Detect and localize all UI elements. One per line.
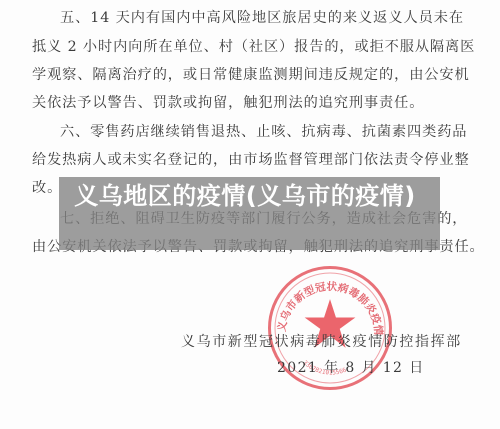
issuer-signature: 义乌市新型冠状病毒肺炎疫情防控指挥部	[181, 331, 462, 351]
paragraph-five-line-4: 关依法予以警告、罚款或拘留，触犯刑法的追究刑事责任。	[32, 93, 464, 113]
paragraph-five-line-1: 五、14 天内有国内中高风险地区旅居史的来义返义人员未在	[60, 8, 464, 28]
paragraph-five-line-2: 抵义 2 小时内向所在单位、村（社区）报告的，或拒不服从隔离医	[32, 37, 464, 57]
paragraph-six-line-2: 给发热病人或未实名登记的，由市场监督管理部门依法责令停业整	[32, 150, 464, 170]
document-page: 五、14 天内有国内中高风险地区旅居史的来义返义人员未在 抵义 2 小时内向所在…	[0, 0, 500, 429]
issue-date: 2021 年 8 月 12 日	[277, 357, 425, 377]
paragraph-six-line-1: 六、零售药店继续销售退热、止咳、抗病毒、抗菌素四类药品	[60, 122, 464, 142]
overlay-title: 义乌地区的疫情(义乌市的疫情)	[70, 180, 420, 212]
paragraph-five-line-3: 学观察、隔离治疗的，或日常健康监测期间违反规定的，由公安机	[32, 65, 464, 85]
